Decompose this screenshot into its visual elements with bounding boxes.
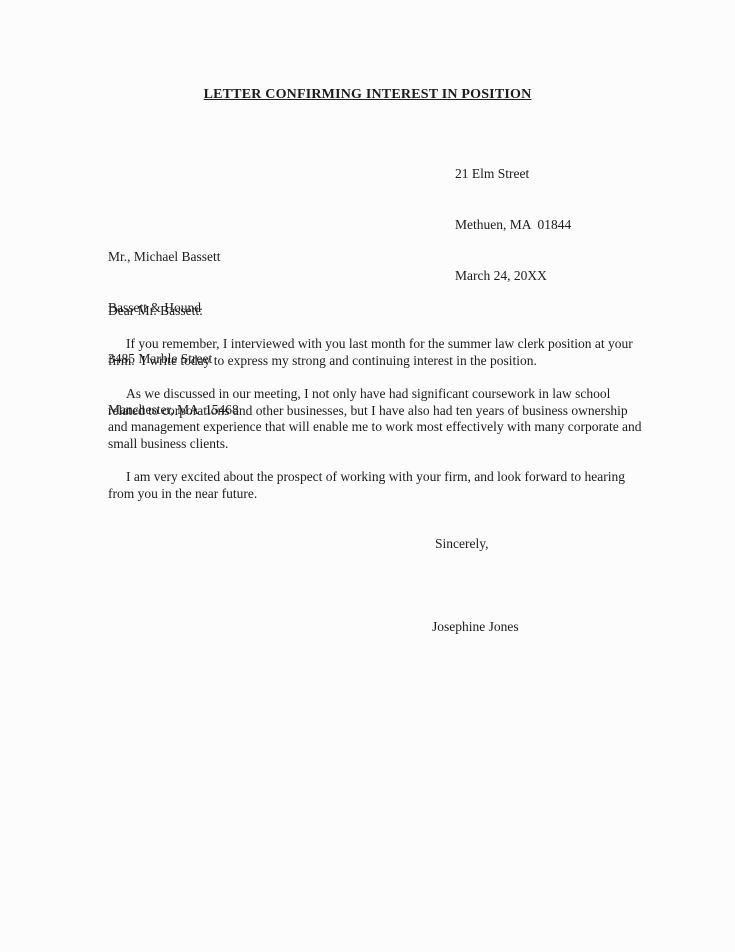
body-paragraph-2: As we discussed in our meeting, I not on… — [108, 386, 646, 452]
body-paragraph-1: If you remember, I interviewed with you … — [108, 336, 646, 369]
letter-date: March 24, 20XX — [455, 267, 571, 284]
recipient-name: Mr., Michael Bassett — [108, 248, 239, 265]
letter-page: LETTER CONFIRMING INTEREST IN POSITION 2… — [0, 0, 735, 952]
body-paragraph-3: I am very excited about the prospect of … — [108, 469, 646, 502]
closing: Sincerely, — [435, 536, 488, 552]
letter-title: LETTER CONFIRMING INTEREST IN POSITION — [0, 87, 735, 103]
return-address-block: 21 Elm Street Methuen, MA 01844 March 24… — [455, 131, 571, 318]
salutation: Dear Mr. Bassett: — [108, 303, 203, 319]
signature-name: Josephine Jones — [432, 619, 519, 635]
return-address-street: 21 Elm Street — [455, 165, 571, 182]
return-address-city: Methuen, MA 01844 — [455, 216, 571, 233]
